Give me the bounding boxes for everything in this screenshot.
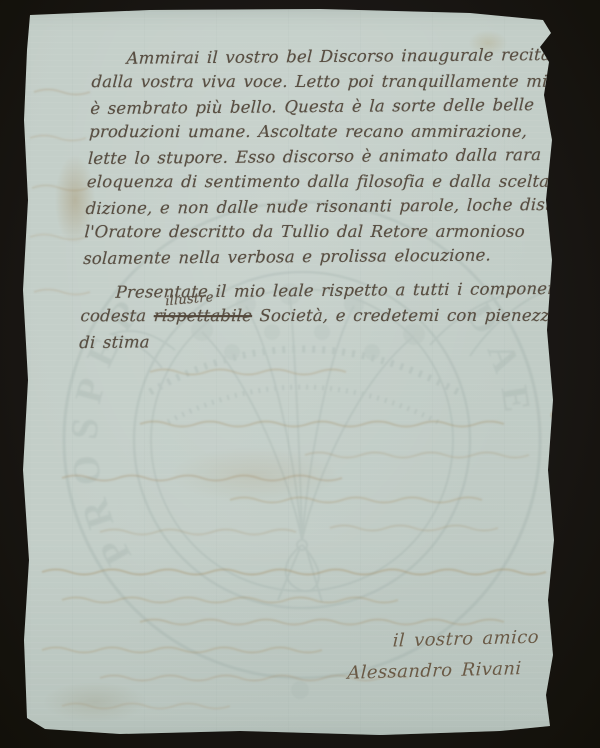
scanned-letter-photo: PROSPER DAE	[0, 0, 600, 748]
paper-edge-shading	[0, 0, 600, 748]
letter-paper: PROSPER DAE	[0, 0, 600, 748]
